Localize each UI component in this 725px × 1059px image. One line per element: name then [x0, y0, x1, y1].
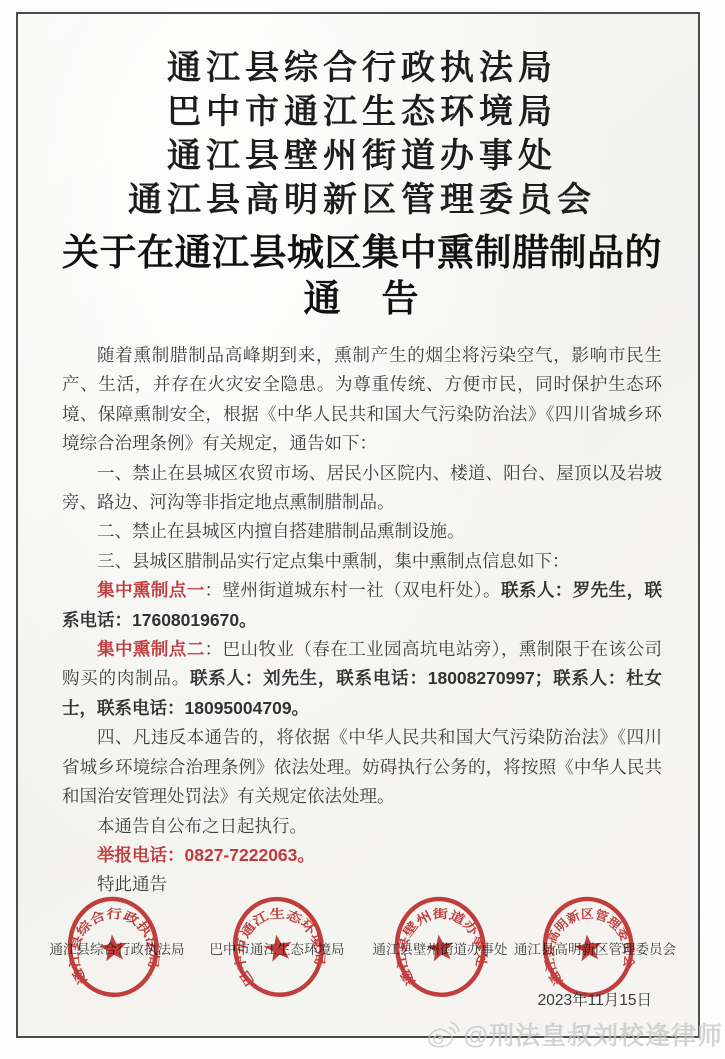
- effective-line: 本通告自公布之日起执行。: [62, 812, 662, 841]
- seal-zone: 通江县综合行政执法局 巴中市通江生态环境局 通江县壁州街道办事处 通江县高明新区…: [62, 896, 662, 1002]
- agency-line-4: 通江县高明新区管理委员会: [62, 179, 662, 223]
- point2-label: 集中熏制点二: [97, 639, 205, 659]
- smoking-point-1: 集中熏制点一：壁州街道城东村一社（双电杆处）。联系人：罗先生，联系电话：1760…: [62, 576, 662, 635]
- intro-paragraph: 随着熏制腊制品高峰期到来，熏制产生的烟尘将污染空气，影响市民生产、生活，并存在火…: [62, 341, 662, 459]
- smoking-point-2: 集中熏制点二：巴山牧业（春在工业园高坑电站旁），熏制限于在该公司购买的肉制品。联…: [62, 635, 662, 723]
- agency-line-2: 巴中市通江生态环境局: [62, 91, 662, 135]
- report-phone-line: 举报电话：0827-7222063。: [62, 841, 662, 870]
- agency-line-1: 通江县综合行政执法局: [62, 47, 662, 91]
- document-page: 通江县综合行政执法局 巴中市通江生态环境局 通江县壁州街道办事处 通江县高明新区…: [16, 12, 700, 1038]
- official-seal-icon: 通江县壁州街道办事处: [385, 886, 495, 1004]
- item-2: 二、禁止在县城区内擅自搭建腊制品熏制设施。: [62, 517, 662, 546]
- notice-document: 通江县综合行政执法局 巴中市通江生态环境局 通江县壁州街道办事处 通江县高明新区…: [18, 14, 698, 1010]
- notice-photo: { "header": { "agencies": [ "通江县综合行政执法局"…: [0, 0, 725, 1059]
- watermark: @刑法皇叔刘校逢律师: [426, 1016, 723, 1052]
- watermark-text: @刑法皇叔刘校逢律师: [464, 1016, 723, 1052]
- agency-line-3: 通江县壁州街道办事处: [62, 135, 662, 179]
- notice-body: 随着熏制腊制品高峰期到来，熏制产生的烟尘将污染空气，影响市民生产、生活，并存在火…: [62, 341, 662, 900]
- point1-label: 集中熏制点一: [97, 580, 205, 600]
- item-4: 四、凡违反本通告的，将依据《中华人民共和国大气污染防治法》《四川省城乡环境综合治…: [62, 723, 662, 811]
- notice-date: 2023年11月15日: [62, 988, 662, 1010]
- official-seal-icon: 通江县综合行政执法局: [60, 887, 167, 1002]
- weibo-icon: [426, 1019, 460, 1049]
- item-1: 一、禁止在县城区农贸市场、居民小区院内、楼道、阳台、屋顶以及岩坡旁、路边、河沟等…: [62, 459, 662, 518]
- point1-desc: ：壁州街道城东村一社（双电杆处）。: [205, 580, 501, 600]
- notice-title-line1: 关于在通江县城区集中熏制腊制品的: [62, 231, 662, 277]
- item-3: 三、县城区腊制品实行定点集中熏制，集中熏制点信息如下：: [62, 547, 662, 576]
- official-seal-icon: 通江县高明新区管理委员会: [534, 886, 642, 1003]
- notice-title-line2: 通 告: [62, 277, 662, 323]
